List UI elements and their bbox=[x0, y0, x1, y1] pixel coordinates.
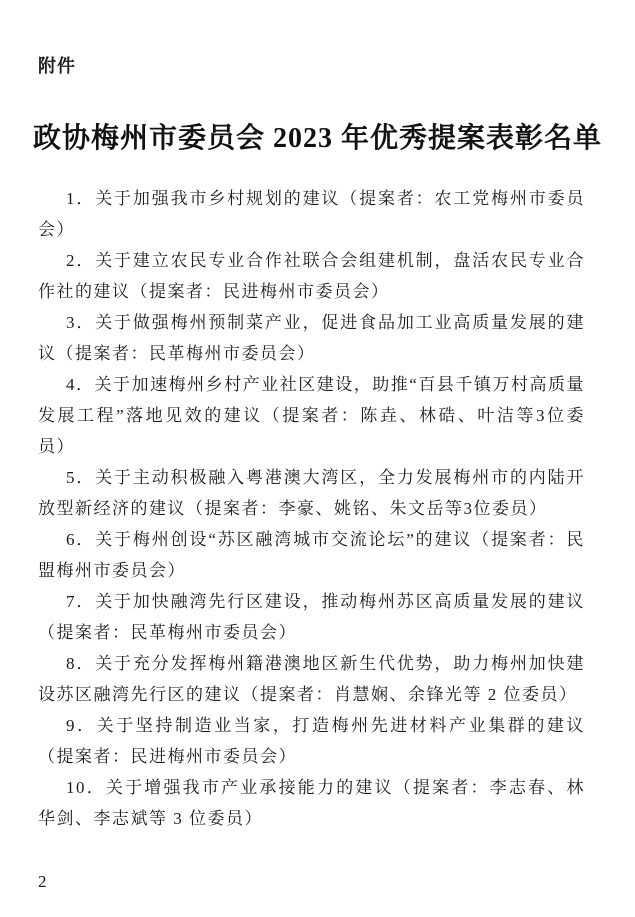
attachment-label: 附件 bbox=[38, 52, 76, 78]
proposal-item-7: 7．关于加快融湾先行区建设，推动梅州苏区高质量发展的建议（提案者：民革梅州市委员… bbox=[38, 586, 585, 648]
proposal-item-3: 3．关于做强梅州预制菜产业，促进食品加工业高质量发展的建议（提案者：民革梅州市委… bbox=[38, 307, 585, 369]
proposal-list: 1．关于加强我市乡村规划的建议（提案者：农工党梅州市委员会） 2．关于建立农民专… bbox=[38, 183, 585, 834]
proposal-item-10: 10．关于增强我市产业承接能力的建议（提案者：李志春、林华剑、李志斌等 3 位委… bbox=[38, 772, 585, 834]
proposal-item-6: 6．关于梅州创设“苏区融湾城市交流论坛”的建议（提案者：民盟梅州市委员会） bbox=[38, 524, 585, 586]
proposal-item-4: 4．关于加速梅州乡村产业社区建设，助推“百县千镇万村高质量发展工程”落地见效的建… bbox=[38, 369, 585, 462]
proposal-item-9: 9．关于坚持制造业当家，打造梅州先进材料产业集群的建议（提案者：民进梅州市委员会… bbox=[38, 710, 585, 772]
page-title: 政协梅州市委员会 2023 年优秀提案表彰名单 bbox=[0, 116, 635, 156]
proposal-item-1: 1．关于加强我市乡村规划的建议（提案者：农工党梅州市委员会） bbox=[38, 183, 585, 245]
page-number: 2 bbox=[38, 872, 47, 892]
proposal-item-8: 8．关于充分发挥梅州籍港澳地区新生代优势，助力梅州加快建设苏区融湾先行区的建议（… bbox=[38, 648, 585, 710]
proposal-item-5: 5．关于主动积极融入粤港澳大湾区，全力发展梅州市的内陆开放型新经济的建议（提案者… bbox=[38, 462, 585, 524]
proposal-item-2: 2．关于建立农民专业合作社联合会组建机制，盘活农民专业合作社的建议（提案者：民进… bbox=[38, 245, 585, 307]
document-page: 附件 政协梅州市委员会 2023 年优秀提案表彰名单 1．关于加强我市乡村规划的… bbox=[0, 0, 635, 917]
